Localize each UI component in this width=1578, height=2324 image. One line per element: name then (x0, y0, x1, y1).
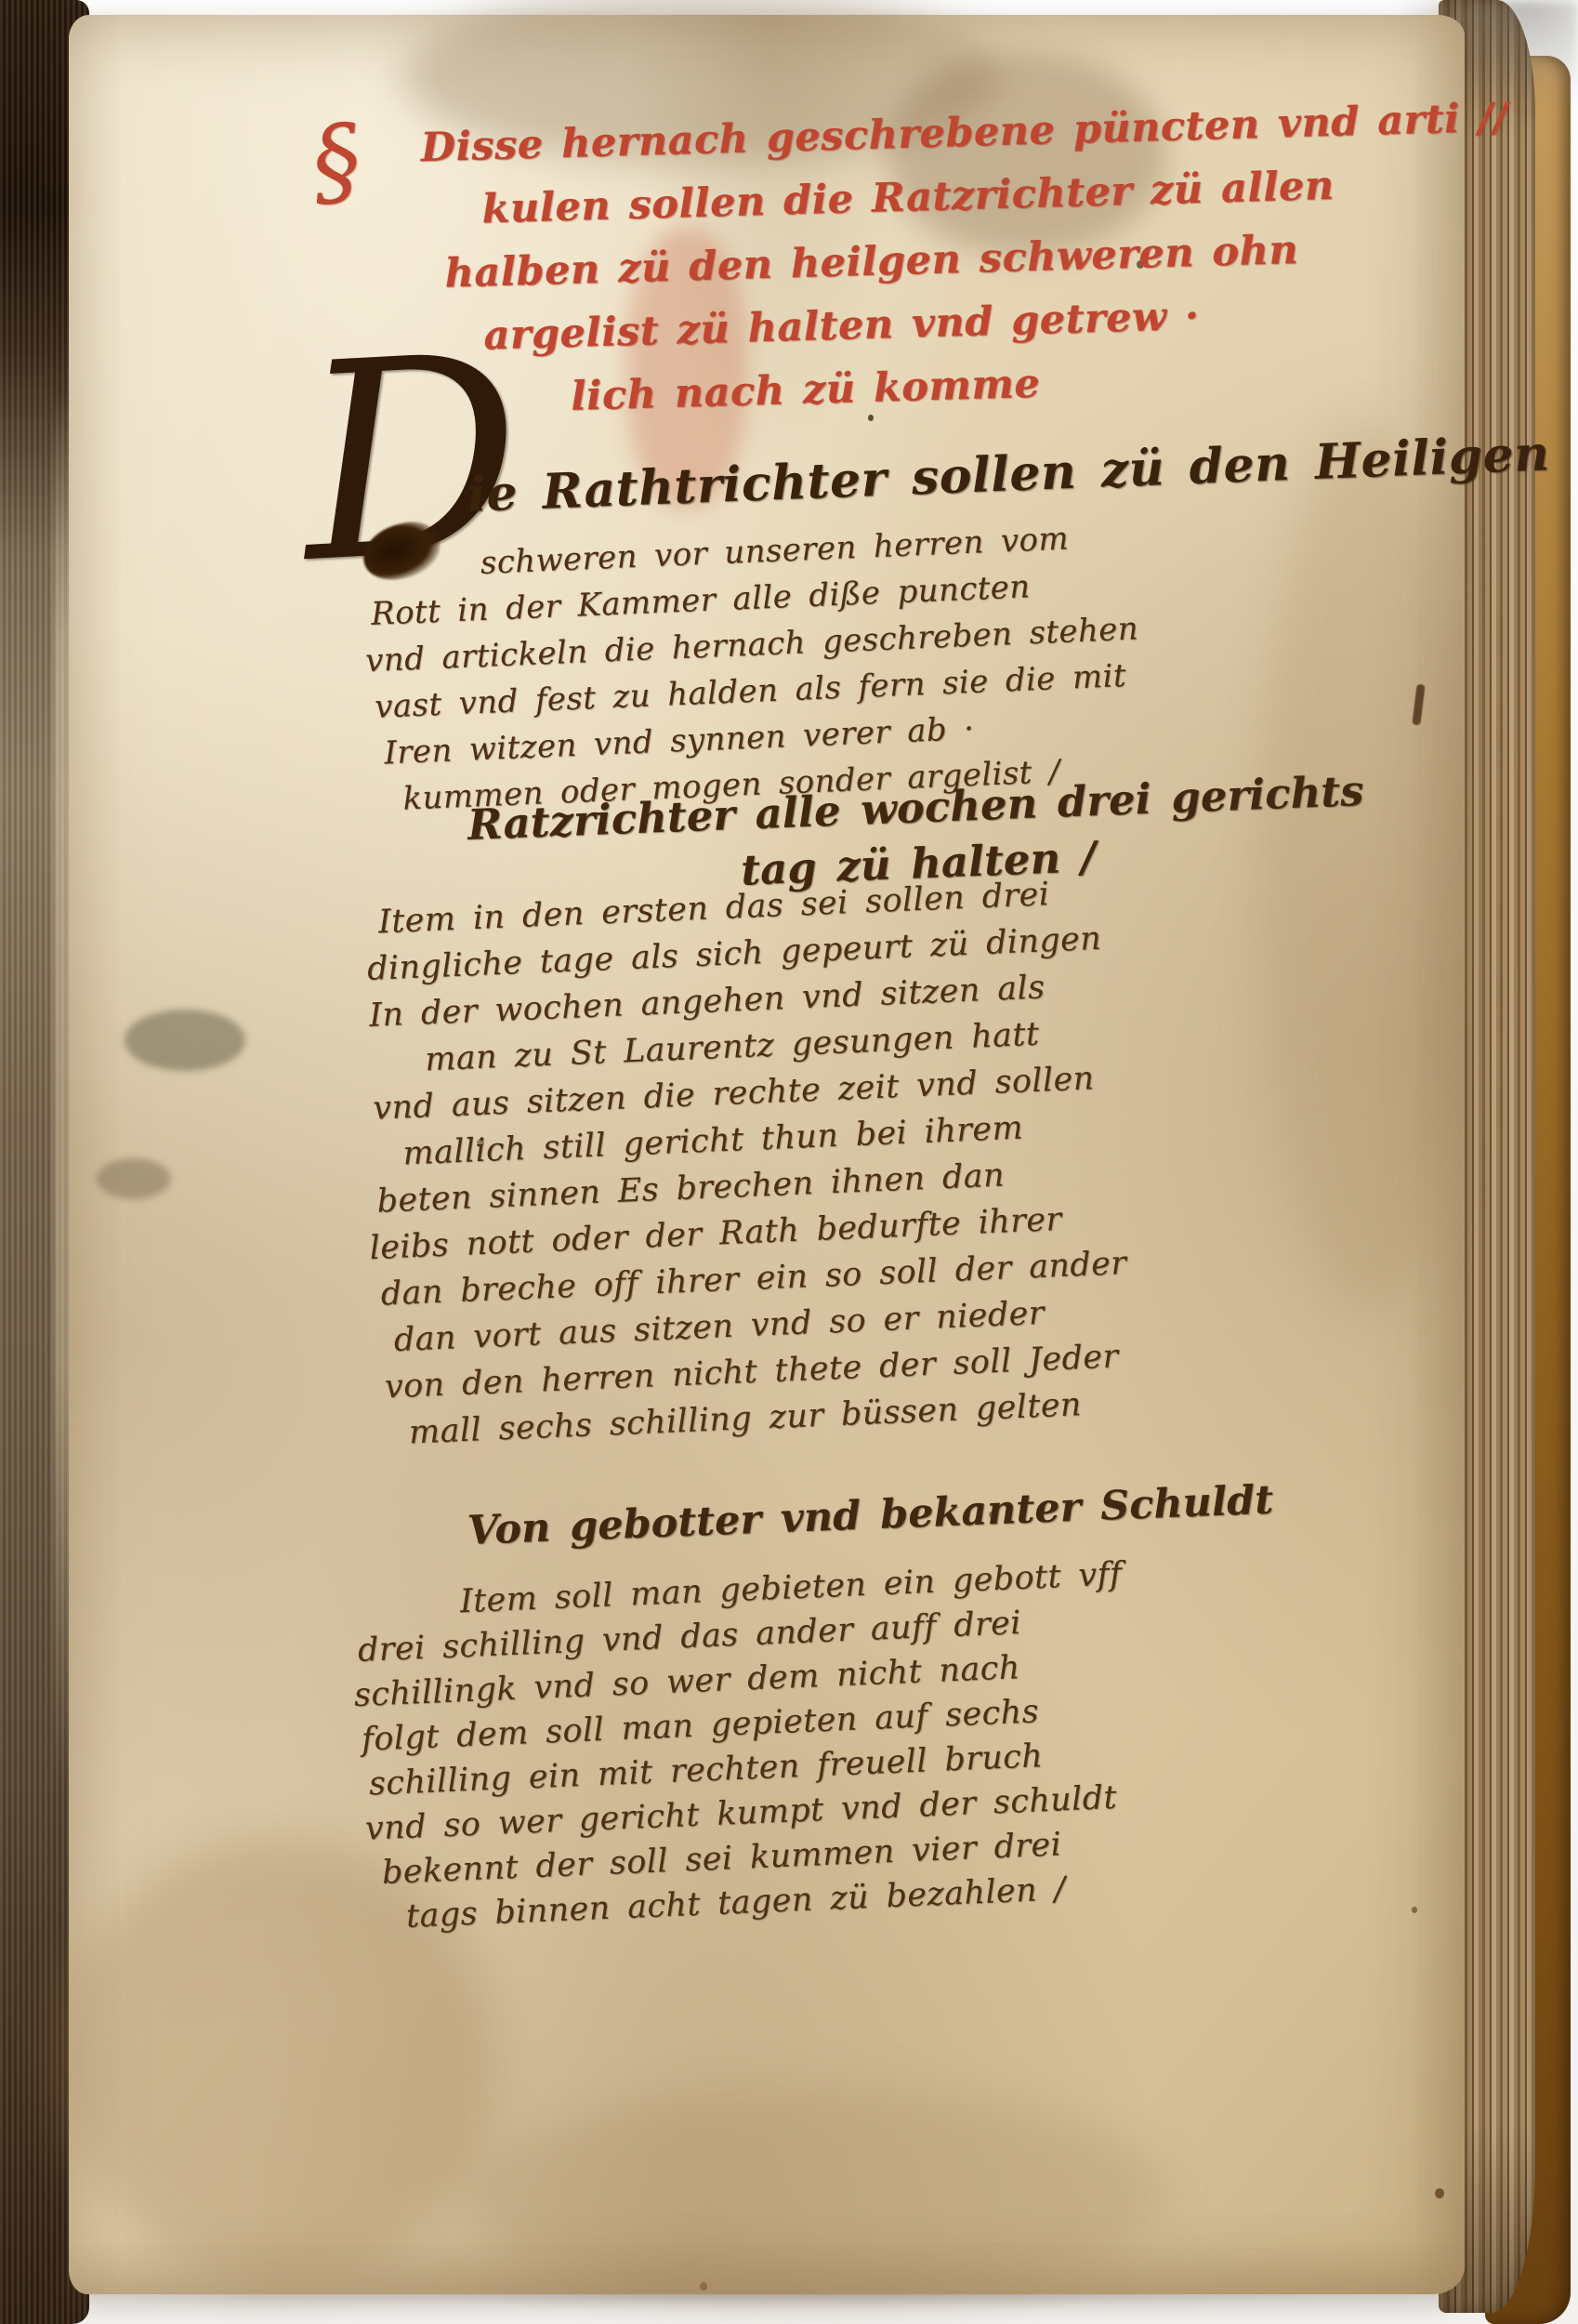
section-heading-2: Von gebotter vnd bekanter Schuldt (467, 1477, 1274, 1554)
body-paragraph-3: Item soll man gebieten ein gebott vff dr… (355, 1552, 1136, 1940)
body-paragraph-2: Item in den ersten das sei sollen drei d… (364, 868, 1134, 1457)
manuscript-photo: § Disse hernach geschrebene püncten vnd … (0, 0, 1578, 2324)
manuscript-page: § Disse hernach geschrebene püncten vnd … (69, 15, 1465, 2294)
heading-line: Von gebotter vnd bekanter Schuldt (467, 1477, 1274, 1554)
stain (459, 2088, 1165, 2302)
stain (125, 1010, 245, 1071)
stain (97, 1158, 171, 1199)
